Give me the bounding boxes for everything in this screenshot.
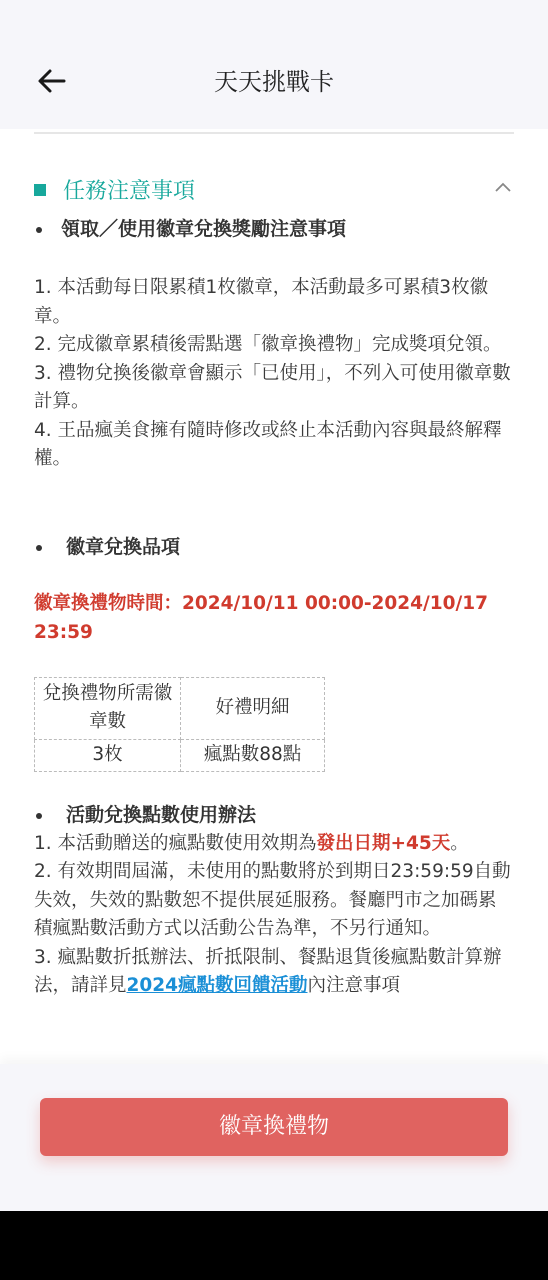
notice-item: 2. 完成徽章累積後需點選「徽章換禮物」完成獎項兌領。 [34,331,514,360]
scroll-content[interactable]: 任務注意事項 領取／使用徽章兌換獎勵注意事項 1. 本活動每日限累積1枚徽章，本… [0,129,548,1064]
redeem-heading: 徽章兌換品項 [34,532,514,562]
divider [34,132,514,134]
notice-list: 1. 本活動每日限累積1枚徽章，本活動最多可累積3枚徽章。 2. 完成徽章累積後… [34,274,514,474]
points-item: 3. 瘋點數折抵辦法、折抵限制、餐點退貨後瘋點數計算辦法，請詳見2024瘋點數回… [34,944,514,1001]
bullet-icon [36,227,42,233]
points-item: 1. 本活動贈送的瘋點數使用效期為發出日期+45天。 [34,830,514,859]
square-bullet-icon [34,184,46,196]
gift-table: 兌換禮物所需徽章數 好禮明細 3枚 瘋點數88點 [34,677,325,772]
bullet-icon [36,813,42,819]
table-row: 3枚 瘋點數88點 [35,739,325,771]
points-activity-link[interactable]: 2024瘋點數回饋活動 [127,975,308,996]
redeem-time: 徽章換禮物時間：2024/10/11 00:00-2024/10/17 23:5… [34,589,514,647]
notice-item: 3. 禮物兌換後徽章會顯示「已使用」，不列入可使用徽章數計算。 [34,360,514,417]
footer-bar: 徽章換禮物 [0,1064,548,1211]
table-header-row: 兌換禮物所需徽章數 好禮明細 [35,677,325,739]
app-header: 天天挑戰卡 [0,0,548,129]
points-list: 1. 本活動贈送的瘋點數使用效期為發出日期+45天。 2. 有效期間屆滿，未使用… [34,830,514,1001]
table-header-cell: 好禮明細 [181,677,325,739]
expiry-highlight: 發出日期+45天 [317,833,451,854]
notice-heading: 領取／使用徽章兌換獎勵注意事項 [34,214,514,244]
chevron-up-icon[interactable] [494,180,512,194]
redeem-gift-button[interactable]: 徽章換禮物 [40,1098,508,1156]
page-title: 天天挑戰卡 [0,62,548,97]
notice-item: 4. 王品瘋美食擁有隨時修改或終止本活動內容與最終解釋權。 [34,417,514,474]
table-cell: 瘋點數88點 [181,739,325,771]
table-header-cell: 兌換禮物所需徽章數 [35,677,181,739]
section-header-task-notes[interactable]: 任務注意事項 [34,168,514,218]
points-heading: 活動兌換點數使用辦法 [34,800,514,830]
system-nav-bar [0,1211,548,1280]
bullet-icon [36,545,42,551]
notice-item: 1. 本活動每日限累積1枚徽章，本活動最多可累積3枚徽章。 [34,274,514,331]
points-item: 2. 有效期間屆滿，未使用的點數將於到期日23:59:59自動失效，失效的點數恕… [34,858,514,944]
section-title: 任務注意事項 [63,174,195,205]
table-cell: 3枚 [35,739,181,771]
